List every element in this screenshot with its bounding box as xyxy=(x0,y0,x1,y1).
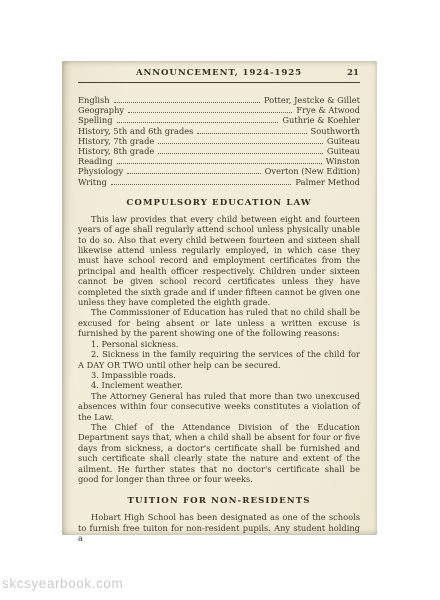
excuse-reason-item: 3. Impassible roads. xyxy=(78,370,360,380)
textbook-row: Writng Palmer Method xyxy=(78,177,360,187)
textbook-author: Winston xyxy=(326,156,360,166)
page-header: ANNOUNCEMENT, 1924-1925 21 xyxy=(78,68,360,79)
textbook-subject: History, 5th and 6th grades xyxy=(78,126,193,136)
watermark: skcsyearbook.com xyxy=(2,576,123,591)
textbook-list: English Potter, Jestcke & Gillet Geograp… xyxy=(78,95,360,187)
header-rule xyxy=(78,82,360,83)
tuition-paragraph-1: Hobart High School has been designated a… xyxy=(78,512,360,543)
compulsory-paragraph-2: The Commissioner of Education has ruled … xyxy=(78,307,360,338)
textbook-subject: History, 7th grade xyxy=(78,136,154,146)
dot-leader xyxy=(127,173,260,174)
textbook-row: History, 8th grade Guiteau xyxy=(78,146,360,156)
textbook-subject: English xyxy=(78,95,110,105)
textbook-author: Southworth xyxy=(311,126,360,136)
textbook-row: History, 5th and 6th grades Southworth xyxy=(78,126,360,136)
excuse-reason-item: 4. Inclement weather. xyxy=(78,380,360,390)
textbook-subject: Geography xyxy=(78,105,124,115)
textbook-row: Spelling Guthrie & Koehler xyxy=(78,115,360,125)
textbook-row: Physiology Overton (New Edition) xyxy=(78,166,360,176)
dot-leader xyxy=(128,112,292,113)
textbook-row: Reading Winston xyxy=(78,156,360,166)
scanned-page: ANNOUNCEMENT, 1924-1925 21 English Potte… xyxy=(62,61,377,535)
textbook-subject: Reading xyxy=(78,156,113,166)
textbook-subject: History, 8th grade xyxy=(78,146,154,156)
textbook-row: English Potter, Jestcke & Gillet xyxy=(78,95,360,105)
excuse-reason-item: 1. Personal sickness. xyxy=(78,339,360,349)
textbook-author: Potter, Jestcke & Gillet xyxy=(264,95,360,105)
textbook-author: Overton (New Edition) xyxy=(265,166,360,176)
compulsory-paragraph-1: This law provides that every child betwe… xyxy=(78,214,360,308)
excuse-reason-item: 2. Sickness in the family requiring the … xyxy=(78,349,360,370)
dot-leader xyxy=(158,143,322,144)
textbook-author: Palmer Method xyxy=(295,177,360,187)
dot-leader xyxy=(114,102,260,103)
dot-leader xyxy=(111,184,292,185)
textbook-subject: Spelling xyxy=(78,115,113,125)
dot-leader xyxy=(117,163,322,164)
page-number: 21 xyxy=(347,68,359,79)
compulsory-paragraph-4: The Chief of the Attendance Division of … xyxy=(78,422,360,484)
compulsory-paragraph-3: The Attorney General has ruled that more… xyxy=(78,391,360,422)
running-head-title: ANNOUNCEMENT, 1924-1925 xyxy=(78,68,360,79)
textbook-author: Guthrie & Koehler xyxy=(282,115,360,125)
textbook-author: Frye & Atwood xyxy=(296,105,360,115)
dot-leader xyxy=(117,122,279,123)
textbook-row: History, 7th grade Guiteau xyxy=(78,136,360,146)
textbook-author: Guiteau xyxy=(327,146,360,156)
textbook-author: Guiteau xyxy=(327,136,360,146)
dot-leader xyxy=(158,153,322,154)
textbook-subject: Writng xyxy=(78,177,107,187)
textbook-row: Geography Frye & Atwood xyxy=(78,105,360,115)
dot-leader xyxy=(197,133,306,134)
section-heading-compulsory-education-law: COMPULSORY EDUCATION LAW xyxy=(78,198,360,208)
textbook-subject: Physiology xyxy=(78,166,123,176)
section-heading-tuition-for-non-residents: TUITION FOR NON-RESIDENTS xyxy=(78,496,360,506)
